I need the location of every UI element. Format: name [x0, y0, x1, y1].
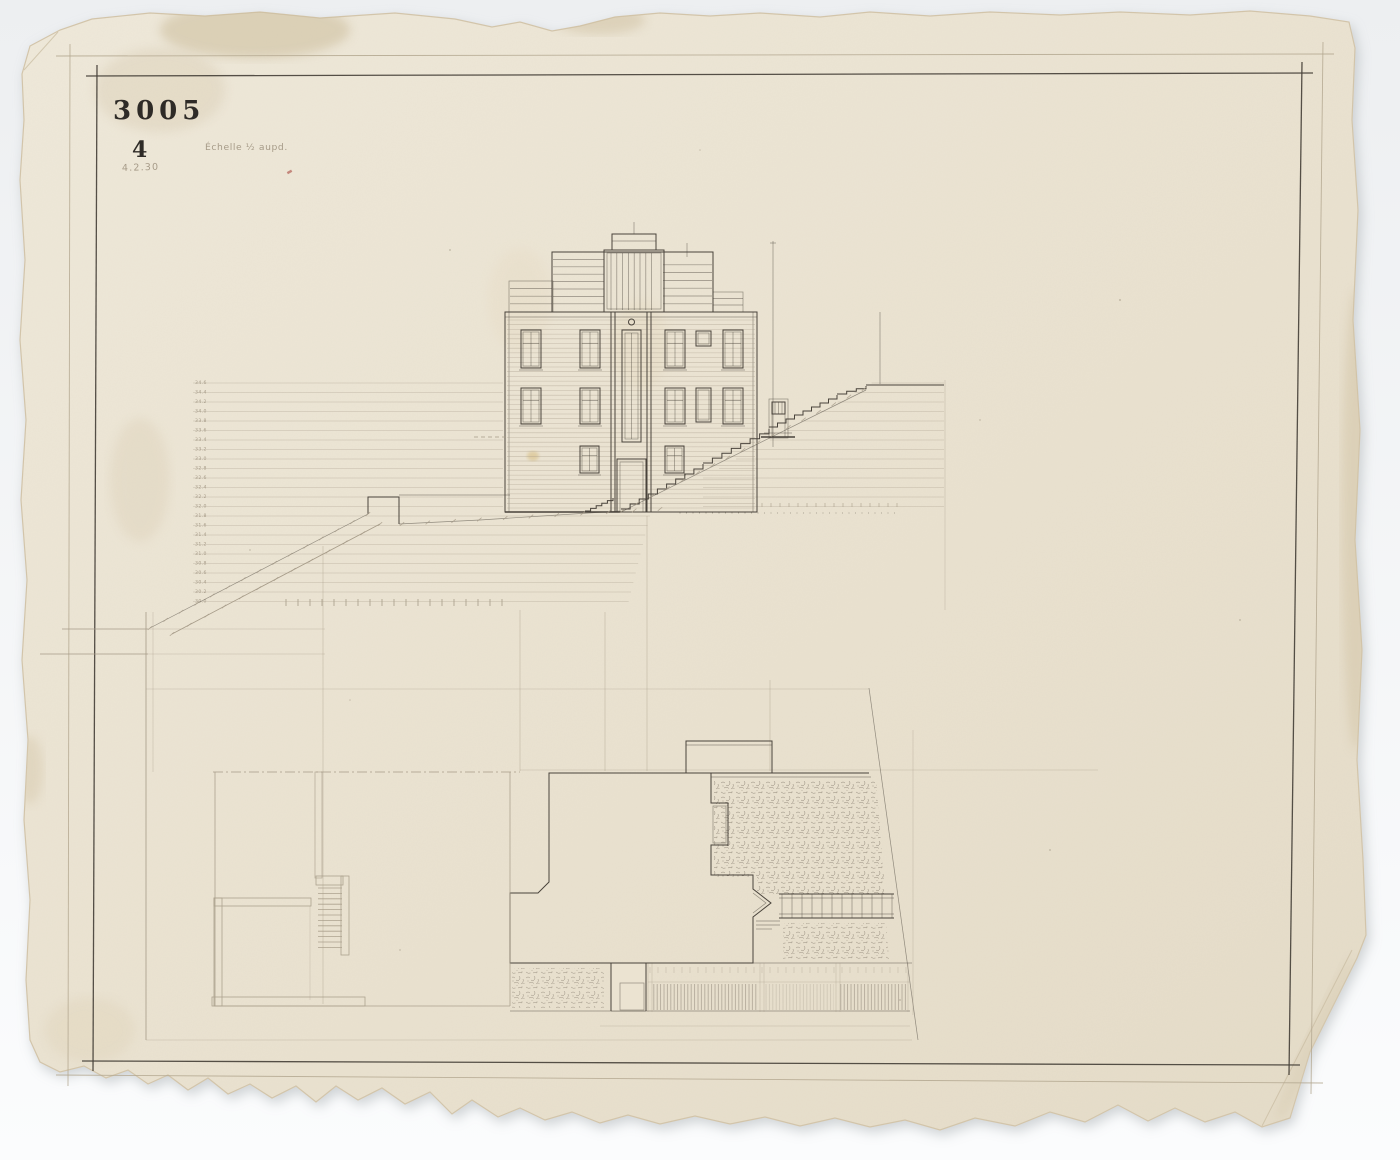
sheet-number-stamp: 4	[132, 137, 147, 163]
datum-dot	[809, 512, 810, 513]
datum-dot	[790, 512, 791, 513]
contour-elevation-label: 34.2	[195, 399, 207, 405]
datum-dot	[816, 512, 817, 513]
contour-elevation-label: 30.8	[195, 561, 207, 567]
datum-dot	[822, 512, 823, 513]
contour-elevation-label: 33.2	[195, 447, 207, 453]
datum-dot	[829, 512, 830, 513]
contour-elevation-label: 31.8	[195, 513, 207, 519]
datum-dot	[712, 512, 713, 513]
paving-hatch	[652, 984, 758, 1010]
datum-dot	[699, 512, 700, 513]
scale-note: Échelle ½ aupd.	[205, 141, 288, 153]
datum-dot	[848, 512, 849, 513]
datum-dot	[835, 512, 836, 513]
datum-dot	[874, 512, 875, 513]
drawing-sheet-scan: 3005 4 4.2.30 Échelle ½ aupd. 34.634.434…	[0, 0, 1400, 1160]
contour-elevation-label: 30.6	[195, 570, 207, 576]
datum-dot	[868, 512, 869, 513]
paving-hatch-light	[764, 984, 834, 1010]
datum-dot	[861, 512, 862, 513]
drawing-number-stamp: 3005	[113, 96, 205, 126]
datum-dot	[855, 512, 856, 513]
contour-elevation-label: 31.4	[195, 532, 207, 538]
contour-elevation-label: 31.2	[195, 542, 207, 548]
contour-elevation-label: 32.2	[195, 494, 207, 500]
entrance-walk	[611, 963, 646, 1011]
contour-elevation-label: 31.0	[195, 551, 207, 557]
datum-dot	[718, 512, 719, 513]
datum-dot	[725, 512, 726, 513]
contour-elevation-label: 31.6	[195, 523, 207, 529]
datum-dot	[705, 512, 706, 513]
datum-dot	[777, 512, 778, 513]
contour-elevation-label: 34.6	[195, 380, 207, 386]
datum-dot	[757, 512, 758, 513]
datum-dot	[796, 512, 797, 513]
facade-course-lines	[507, 320, 755, 508]
garden-stipple-band	[783, 923, 889, 959]
contour-elevation-label: 33.0	[195, 456, 207, 462]
datum-dot	[731, 512, 732, 513]
paving-stipple	[512, 968, 604, 1008]
datum-dot	[887, 512, 888, 513]
contour-elevation-label: 33.8	[195, 418, 207, 424]
datum-dot	[692, 512, 693, 513]
contour-elevation-label: 34.4	[195, 390, 207, 396]
garden-stipple-upper	[714, 779, 885, 894]
contour-elevation-label: 32.8	[195, 466, 207, 472]
contour-elevation-label: 32.6	[195, 475, 207, 481]
date-note: 4.2.30	[122, 162, 160, 174]
contour-elevation-label: 30.2	[195, 589, 207, 595]
datum-dot	[783, 512, 784, 513]
datum-dot	[803, 512, 804, 513]
contour-elevation-label: 32.4	[195, 485, 207, 491]
contour-elevation-label: 30.4	[195, 580, 207, 586]
contour-elevation-label: 34.0	[195, 409, 207, 415]
datum-dot	[894, 512, 895, 513]
datum-dot	[881, 512, 882, 513]
contour-elevation-label: 32.0	[195, 504, 207, 510]
contour-elevation-label: 33.4	[195, 437, 207, 443]
datum-dot	[764, 512, 765, 513]
contour-elevation-label: 33.6	[195, 428, 207, 434]
datum-dot	[842, 512, 843, 513]
datum-dot	[738, 512, 739, 513]
datum-dot	[751, 512, 752, 513]
datum-dot	[679, 512, 680, 513]
datum-dot	[744, 512, 745, 513]
paving-hatch	[838, 984, 908, 1010]
datum-dot	[770, 512, 771, 513]
datum-dot	[686, 512, 687, 513]
